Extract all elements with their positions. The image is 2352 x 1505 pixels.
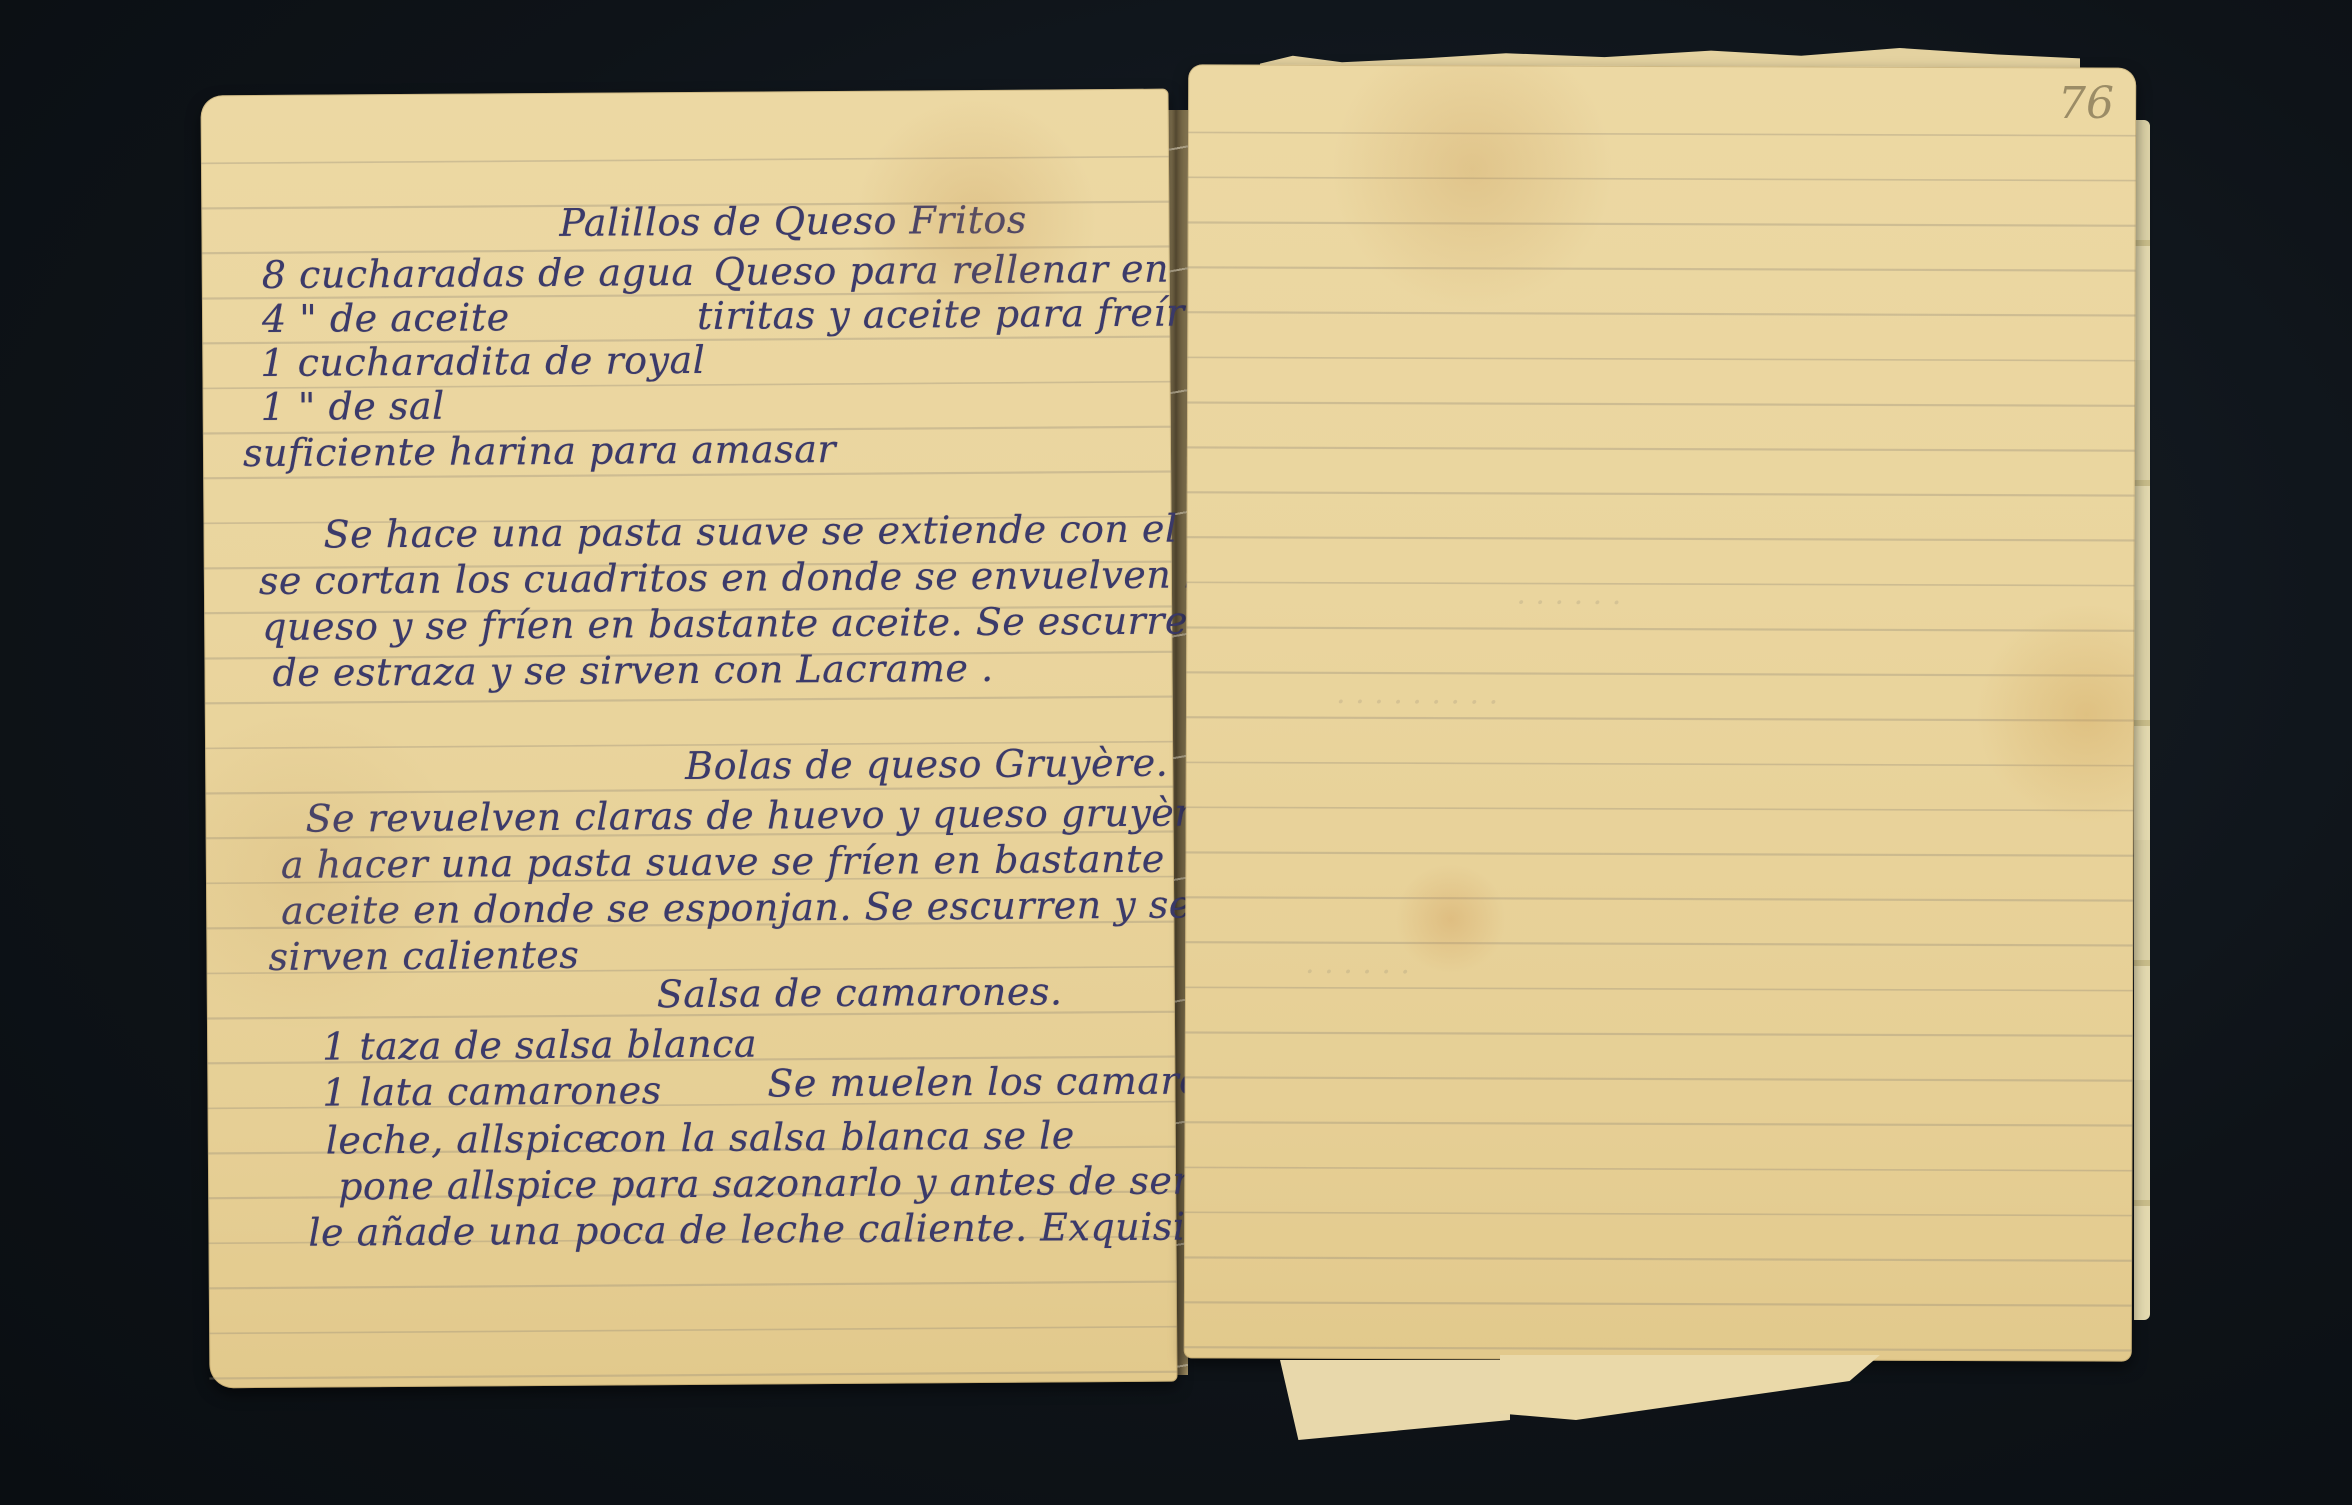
torn-page-flap: [1280, 1360, 1510, 1440]
instruction-line: de estraza y se sirven con Lacrame .: [272, 646, 993, 695]
recipe-title-palillos: Palillos de Queso Fritos: [559, 198, 1027, 245]
instruction-line: con la salsa blanca se le: [598, 1113, 1075, 1160]
ingredient-line: 4 " de aceite: [262, 295, 510, 341]
instruction-line: sirven calientes: [268, 933, 579, 979]
instruction-line: a hacer una pasta suave se fríen en bast…: [281, 837, 1165, 887]
bleed-through-text: · · · · · ·: [1516, 585, 1621, 620]
ingredient-line: 1 " de sal: [261, 384, 445, 429]
ingredient-line: leche, allspice: [326, 1117, 608, 1163]
recipe-title-bolas: Bolas de queso Gruyère.: [685, 741, 1168, 788]
bleed-through-text: · · · · · · · · ·: [1336, 685, 1498, 721]
instruction-line: aceite en donde se esponjan. Se escurren…: [281, 882, 1192, 932]
ingredient-line-right: Queso para rellenar en: [714, 247, 1170, 294]
page-edges: [2134, 120, 2150, 1320]
left-page: Palillos de Queso Fritos 8 cucharadas de…: [200, 89, 1177, 1389]
ingredient-line: suficiente harina para amasar: [243, 427, 836, 475]
instruction-line: Se revuelven claras de huevo y queso gru…: [305, 790, 1216, 840]
ingredient-line: 8 cucharadas de agua: [262, 250, 695, 297]
instruction-line: Se hace una pasta suave se extiende con …: [323, 506, 1313, 557]
page-number: 76: [2058, 78, 2114, 129]
bleed-through-text: · · · · · ·: [1305, 955, 1410, 990]
ingredient-line: 1 taza de salsa blanca: [322, 1022, 757, 1069]
recipe-title-salsa: Salsa de camarones.: [657, 969, 1063, 1016]
torn-page-flap: [1500, 1355, 1880, 1420]
ingredient-line: 1 lata camarones: [322, 1068, 662, 1114]
ingredient-line-right: tiritas y aceite para freír: [697, 291, 1185, 338]
ingredient-line: 1 cucharadita de royal: [260, 338, 705, 385]
right-page: · · · · · · · · · · · · · · · · · · · · …: [1184, 64, 2137, 1361]
